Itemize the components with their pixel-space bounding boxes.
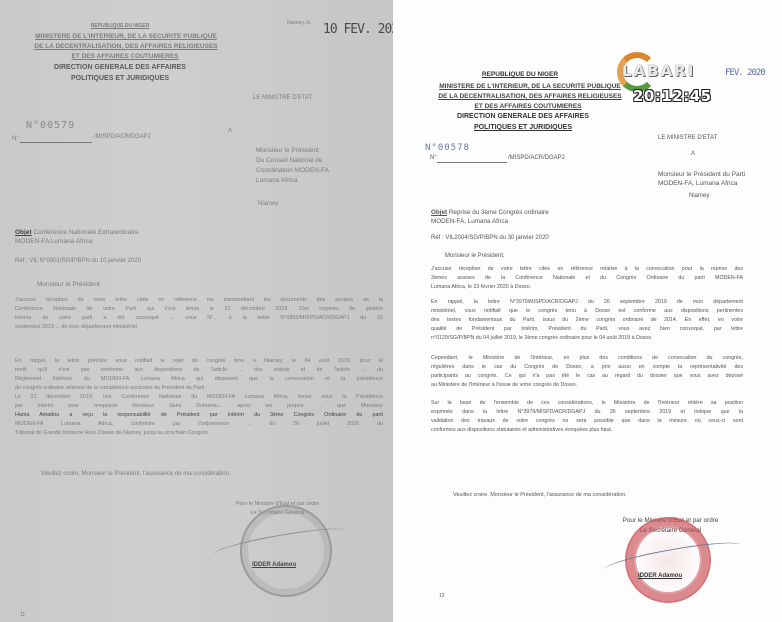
right-p3-line: au Ministère de l'Intérieur à l'issue de… (431, 380, 743, 390)
left-date-label: Niamey, le (287, 20, 310, 26)
left-ref-suffix: /MISPD/ACR/DGAPJ (94, 134, 151, 140)
left-ref-prefix: N° (12, 136, 19, 142)
right-recipient: Monsieur le Président du Parti MODEN-FA,… (658, 170, 778, 188)
right-p3-line: régulières dans le cas du Congrès de Dos… (431, 362, 743, 371)
left-p2-line: Le 21 décembre 2019, une Conférence Nati… (15, 392, 383, 401)
left-object-line: Conférence Nationale Extraordinaire (33, 229, 138, 236)
right-p2-line: ministériel, vous notifiait que le congr… (431, 306, 743, 315)
left-p2-line: Règlement Intérieur du MODEN-FA Lumana A… (15, 374, 383, 383)
left-ministry-line-2: DE LA DECENTRALISATION, DES AFFAIRES REL… (6, 43, 246, 50)
left-signatory: IDDER Adamou (252, 562, 296, 568)
left-object: Objet Conférence Nationale Extraordinair… (15, 228, 139, 246)
right-p4-line: Sur la base de l'ensemble de ces considé… (431, 398, 743, 407)
right-paragraph-2: En rappel, la lettre N°3979/MISPD/ACR/DG… (431, 297, 743, 343)
left-salutation: Monsieur le Président (37, 281, 100, 288)
right-object-label: Objet (431, 209, 447, 216)
left-p1-line: Conférence Nationale de votre Parti qui … (15, 304, 383, 313)
left-to: A (228, 128, 232, 134)
right-direction-line-1: DIRECTION GENERALE DES AFFAIRES (423, 113, 623, 121)
left-republic: REPUBLIQUE DU NIGER (45, 24, 195, 30)
right-p4-line: validation des travaux de votre congrès … (431, 416, 743, 425)
left-ref-blank (20, 142, 92, 143)
right-ref-suffix: /MISPD/ACR/DGAPJ (508, 155, 565, 161)
right-closing: Veuillez croire, Monsieur le Président, … (453, 492, 627, 498)
left-date-stamp: 10 FEV. 2020 (323, 22, 393, 37)
left-direction-line-2: POLITIQUES ET JURIDIQUES (45, 75, 195, 83)
right-object-line: Reprise du 3ème Congrès ordinaire (449, 209, 549, 216)
right-ministry-line-1: MINISTERE DE L'INTERIEUR, DE LA SECURITE… (410, 83, 650, 90)
right-recipient-line: Monsieur le Président du Parti (658, 170, 778, 179)
left-ministry-line-1: MINISTERE DE L'INTERIEUR, DE LA SECURITE… (6, 33, 246, 40)
right-sender: LE MINISTRE D'ETAT (658, 135, 717, 141)
left-paragraph-2: En rappel, la lettre précitée vous notif… (15, 356, 383, 437)
channel-logo-text: LABARI (622, 62, 695, 80)
left-p2-line: Tribunal de Grande Instance Hors Classe … (15, 428, 383, 437)
right-p1-line: 3èmes assises de la Conférence Nationale… (431, 273, 743, 282)
right-ref-blank (437, 162, 507, 163)
right-ref-number-stamp: N°00578 (425, 143, 470, 153)
left-p2-line: motif qu'il n'est pas conforme aux dispo… (15, 365, 383, 374)
left-ref-number-stamp: N°00579 (26, 120, 75, 131)
right-paragraph-4: Sur la base de l'ensemble de ces considé… (431, 398, 743, 435)
right-object: Objet Reprise du 3ème Congrès ordinaire … (431, 208, 549, 226)
right-p1-line: J'accuse réception de votre lettre citée… (431, 264, 743, 273)
left-p2-line: du congrès ordinaire relèvent de la comp… (15, 383, 383, 392)
right-city: Niamey (689, 193, 709, 199)
left-p1-line: septembre 2019 ... de mon département mi… (15, 322, 383, 331)
right-signatory: IDDER Adamou (638, 573, 682, 579)
right-direction-line-2: POLITIQUES ET JURIDIQUES (448, 124, 598, 132)
left-p2-line: MODEN-FA Lumana Africa, confirmée par l'… (15, 419, 383, 428)
right-p4-line: exprimée dans la lettre N°3979/MISPD/ACR… (431, 407, 743, 416)
clock-overlay: 20:12:45 (633, 87, 712, 105)
right-ref-prefix: N° (430, 155, 437, 161)
right-letter: REPUBLIQUE DU NIGER MINISTERE DE L'INTER… (393, 0, 782, 622)
left-p1-line: J'accuse réception de votre lettre citée… (15, 295, 383, 304)
left-recipient-line: Du Conseil National de (256, 156, 376, 166)
right-recipient-line: MODEN-FA, Lumana Africa (658, 179, 778, 188)
left-p2-line: par intérim pour remplacer Monsieur Sein… (15, 401, 383, 410)
right-p2-line: des textes fondamentaux du Parti, issus … (431, 315, 743, 324)
right-paragraph-1: J'accuse réception de votre lettre citée… (431, 264, 743, 292)
left-recipient-line: Lumana Africa (256, 176, 376, 186)
right-to: A (691, 151, 695, 157)
right-object-line: MODEN-FA, Lumana Africa (431, 218, 508, 225)
right-p2-line: n°0129/SG/P/BPN du 04 juillet 2019, le 3… (431, 333, 743, 343)
right-salutation: Monsieur le Président, (445, 253, 505, 259)
right-p4-line: conformes aux dispositions statutaires e… (431, 425, 743, 435)
right-p3-line: Cependant, le Ministère de l'Intérieur, … (431, 353, 743, 362)
left-page-number: 11 (20, 612, 25, 618)
left-ministry-line-3: ET DES AFFAIRES COUTUMIERES (55, 53, 195, 60)
left-direction-line-1: DIRECTION GENERALE DES AFFAIRES (25, 64, 215, 72)
right-ministry-line-3: ET DES AFFAIRES COUTUMIERES (453, 103, 603, 110)
left-reference: Réf : VIL N°0001/SG/P/BPN du 10 janvier … (15, 258, 141, 264)
right-p1-line: Lumana Africa, le 23 février 2020 à Doss… (431, 282, 743, 292)
left-recipient-line: Monsieur le Président (256, 146, 376, 156)
left-sender: LE MINISTRE D'ETAT (253, 95, 312, 101)
left-paragraph-1: J'accuse réception de votre lettre citée… (15, 295, 383, 331)
left-p2-line: En rappel, la lettre précitée vous notif… (15, 356, 383, 365)
right-paragraph-3: Cependant, le Ministère de l'Intérieur, … (431, 353, 743, 390)
right-p3-line: participants au congrès. Ce qui n'a pas … (431, 371, 743, 380)
left-object-line: MODEN-FA Lumana Africa (15, 238, 92, 245)
right-page-number: 12 (439, 593, 445, 599)
left-city: Niamey (258, 201, 278, 207)
left-object-label: Objet (15, 229, 32, 236)
left-closing: Veuillez croire, Monsieur le Président, … (41, 471, 231, 477)
right-p2-line: qualité de Président par intérim, Présid… (431, 324, 743, 333)
right-date-stamp: FEV. 2020 (725, 68, 765, 78)
left-recipient: Monsieur le Président Du Conseil Nationa… (256, 146, 376, 186)
left-letter: REPUBLIQUE DU NIGER MINISTERE DE L'INTER… (0, 0, 393, 622)
right-ministry-line-2: DE LA DECENTRALISATION, DES AFFAIRES REL… (410, 93, 650, 100)
right-republic: REPUBLIQUE DU NIGER (445, 71, 595, 78)
left-p2-line: Hama Amadou a reçu la responsabilité de … (15, 410, 383, 419)
left-p1-line: interne de votre parti a été convoqué ..… (15, 313, 383, 322)
left-recipient-line: Coordination MODEN-FA (256, 166, 376, 176)
right-p2-line: En rappel, la lettre N°3979/MISPD/ACR/DG… (431, 297, 743, 306)
right-reference: Réf : VIL2004/SG/P/BPN du 30 janvier 202… (431, 235, 549, 241)
